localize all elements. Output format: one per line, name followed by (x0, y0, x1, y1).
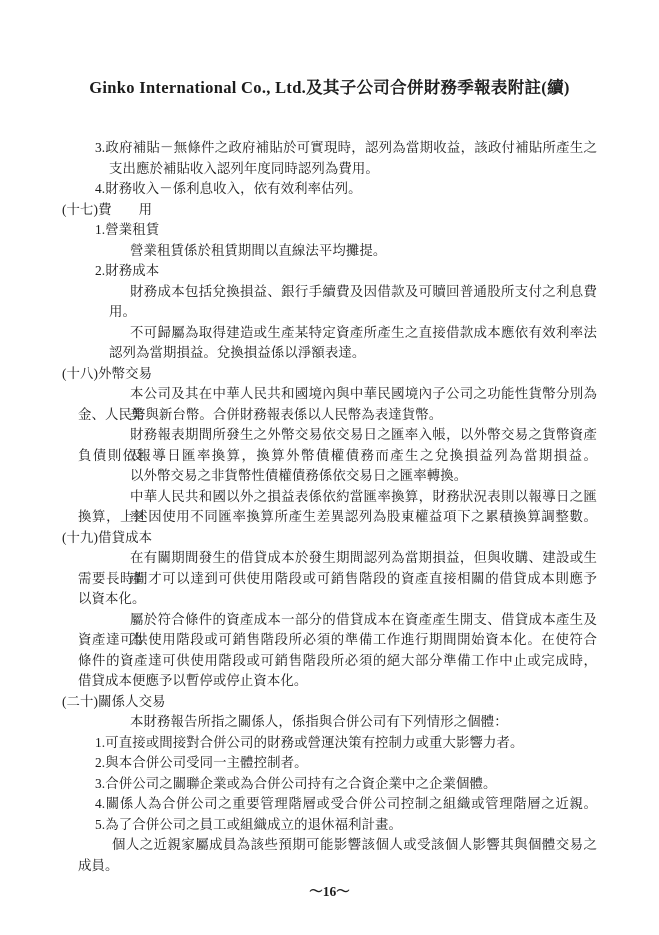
text-line: (二十)關係人交易 (62, 692, 597, 713)
page: Ginko International Co., Ltd.及其子公司合併財務季報… (0, 0, 659, 935)
text-line: 4.關係人為合併公司之重要管理階層或受合併公司控制之組織或管理階層之近親。 (95, 794, 597, 815)
document-body: 3.政府補貼－無條件之政府補貼於可實現時，認列為當期收益，該政付補貼所產生之支出… (0, 0, 659, 935)
text-line: 2.與本合併公司受同一主體控制者。 (95, 753, 597, 774)
text-line: 用。 (109, 302, 597, 323)
text-line: 2.財務成本 (95, 261, 597, 282)
text-line: 換算，上述因使用不同匯率換算所產生差異認列為股東權益項下之累積換算調整數。 (78, 507, 597, 528)
text-line: (十七)費 用 (62, 200, 597, 221)
text-line: 個人之近親家屬成員為該些預期可能影響該個人或受該個人影響其與個體交易之 (112, 835, 597, 856)
text-line: 3.合併公司之關聯企業或為合併公司持有之合資企業中之企業個體。 (95, 774, 597, 795)
page-number: ～16～ (0, 880, 659, 900)
text-line: 支出應於補貼收入認列年度同時認列為費用。 (109, 159, 597, 180)
text-line: 金、人民幣與新台幣。合併財務報表係以人民幣為表達貨幣。 (78, 405, 597, 426)
text-line: 1.營業租賃 (95, 220, 597, 241)
text-line: 負債則依報導日匯率換算，換算外幣債權債務而產生之兌換損益列為當期損益。 (78, 446, 597, 467)
text-line: 資產達可供使用階段或可銷售階段所必須的準備工作進行期間開始資本化。在使符合 (78, 630, 597, 651)
text-line: 1.可直接或間接對合併公司的財務或營運決策有控制力或重大影響力者。 (95, 733, 597, 754)
text-line: 營業租賃係於租賃期間以直線法平均攤提。 (130, 241, 597, 262)
text-line: (十九)借貸成本 (62, 528, 597, 549)
text-line: 以資本化。 (78, 589, 597, 610)
text-line: 借貸成本便應予以暫停或停止資本化。 (78, 671, 597, 692)
text-line: 以外幣交易之非貨幣性債權債務係依交易日之匯率轉換。 (130, 466, 597, 487)
text-line: 不可歸屬為取得建造或生產某特定資產所產生之直接借款成本應依有效利率法 (130, 323, 597, 344)
text-line: 5.為了合併公司之員工或組織成立的退休福利計畫。 (95, 815, 597, 836)
text-line: 成員。 (78, 856, 597, 877)
text-line: 需要長時間才可以達到可供使用階段或可銷售階段的資產直接相關的借貸成本則應予 (78, 569, 597, 590)
text-line: 3.政府補貼－無條件之政府補貼於可實現時，認列為當期收益，該政付補貼所產生之 (95, 138, 597, 159)
text-line: 認列為當期損益。兌換損益係以淨額表達。 (109, 343, 597, 364)
text-line: 本財務報告所指之關係人，係指與合併公司有下列情形之個體： (130, 712, 597, 733)
text-line: 條件的資產達可供使用階段或可銷售階段所必須的絕大部分準備工作中止或完成時， (78, 651, 597, 672)
text-line: (十八)外幣交易 (62, 364, 597, 385)
text-line: 財務成本包括兌換損益、銀行手續費及因借款及可贖回普通股所支付之利息費 (130, 282, 597, 303)
text-line: 4.財務收入－係利息收入，依有效利率估列。 (95, 179, 597, 200)
